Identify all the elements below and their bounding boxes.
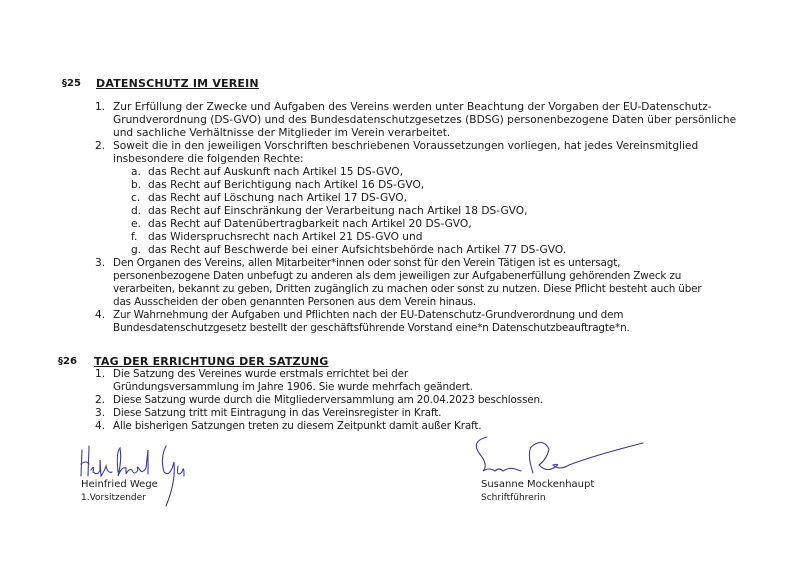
signatory-role: Schriftführerin bbox=[481, 493, 546, 503]
section-title: TAG DER ERRICHTUNG DER SATZUNG bbox=[94, 355, 328, 368]
list-marker: 1. bbox=[95, 368, 105, 381]
paragraph-line: das Ausscheiden der oben genannten Perso… bbox=[113, 296, 476, 309]
sublist-item: das Recht auf Berichtigung nach Artikel … bbox=[148, 179, 424, 192]
paragraph-line: Bundesdatenschutzgesetz bestellt der ges… bbox=[113, 322, 630, 335]
list-marker: 1. bbox=[95, 101, 105, 114]
sublist-marker: g. bbox=[131, 244, 141, 257]
signature-susanne-mockenhaupt bbox=[475, 435, 675, 485]
signatory-name: Heinfried Wege bbox=[81, 479, 158, 490]
list-marker: 2. bbox=[95, 140, 105, 153]
sublist-marker: b. bbox=[131, 179, 141, 192]
section-number: §26 bbox=[58, 356, 77, 367]
sublist-marker: a. bbox=[131, 166, 141, 179]
paragraph-line: Zur Wahrnehmung der Aufgaben und Pflicht… bbox=[113, 309, 623, 322]
paragraph-line: Zur Erfüllung der Zwecke und Aufgaben de… bbox=[113, 101, 712, 114]
signatory-name: Susanne Mockenhaupt bbox=[481, 479, 594, 490]
sublist-item: das Recht auf Beschwerde bei einer Aufsi… bbox=[148, 244, 566, 257]
sublist-marker: f. bbox=[131, 231, 137, 244]
paragraph-line: Den Organen des Vereins, allen Mitarbeit… bbox=[113, 257, 620, 270]
section-number: §25 bbox=[62, 78, 81, 89]
signatory-role: 1.Vorsitzender bbox=[81, 493, 146, 503]
paragraph-line: insbesondere die folgenden Rechte: bbox=[113, 153, 304, 166]
sublist-item: das Recht auf Auskunft nach Artikel 15 D… bbox=[148, 166, 403, 179]
paragraph-line: und sachliche Verhältnisse der Mitgliede… bbox=[113, 127, 450, 140]
paragraph-line: Diese Satzung wurde durch die Mitglieder… bbox=[113, 394, 543, 407]
paragraph-line: Alle bisherigen Satzungen treten zu dies… bbox=[113, 420, 481, 433]
paragraph-line: Soweit die in den jeweiligen Vorschrifte… bbox=[113, 140, 698, 153]
list-marker: 3. bbox=[95, 257, 105, 270]
list-marker: 4. bbox=[95, 309, 105, 322]
paragraph-line: verarbeiten, bekannt zu geben, Dritten z… bbox=[113, 283, 702, 296]
sublist-marker: d. bbox=[131, 205, 141, 218]
sublist-marker: c. bbox=[131, 192, 140, 205]
paragraph-line: Diese Satzung tritt mit Eintragung in da… bbox=[113, 407, 441, 420]
list-marker: 2. bbox=[95, 394, 105, 407]
paragraph-line: personenbezogene Daten unbefugt zu ander… bbox=[113, 270, 681, 283]
sublist-item: das Widerspruchsrecht nach Artikel 21 DS… bbox=[148, 231, 422, 244]
paragraph-line: Gründungsversammlung im Jahre 1906. Sie … bbox=[113, 381, 473, 394]
sublist-marker: e. bbox=[131, 218, 141, 231]
paragraph-line: Grundverordnung (DS-GVO) und des Bundesd… bbox=[113, 114, 736, 127]
section-title: DATENSCHUTZ IM VEREIN bbox=[96, 77, 259, 90]
list-marker: 4. bbox=[95, 420, 105, 433]
sublist-item: das Recht auf Datenübertragbarkeit nach … bbox=[148, 218, 472, 231]
list-marker: 3. bbox=[95, 407, 105, 420]
sublist-item: das Recht auf Einschränkung der Verarbei… bbox=[148, 205, 527, 218]
paragraph-line: Die Satzung des Vereines wurde erstmals … bbox=[113, 368, 408, 381]
sublist-item: das Recht auf Löschung nach Artikel 17 D… bbox=[148, 192, 407, 205]
